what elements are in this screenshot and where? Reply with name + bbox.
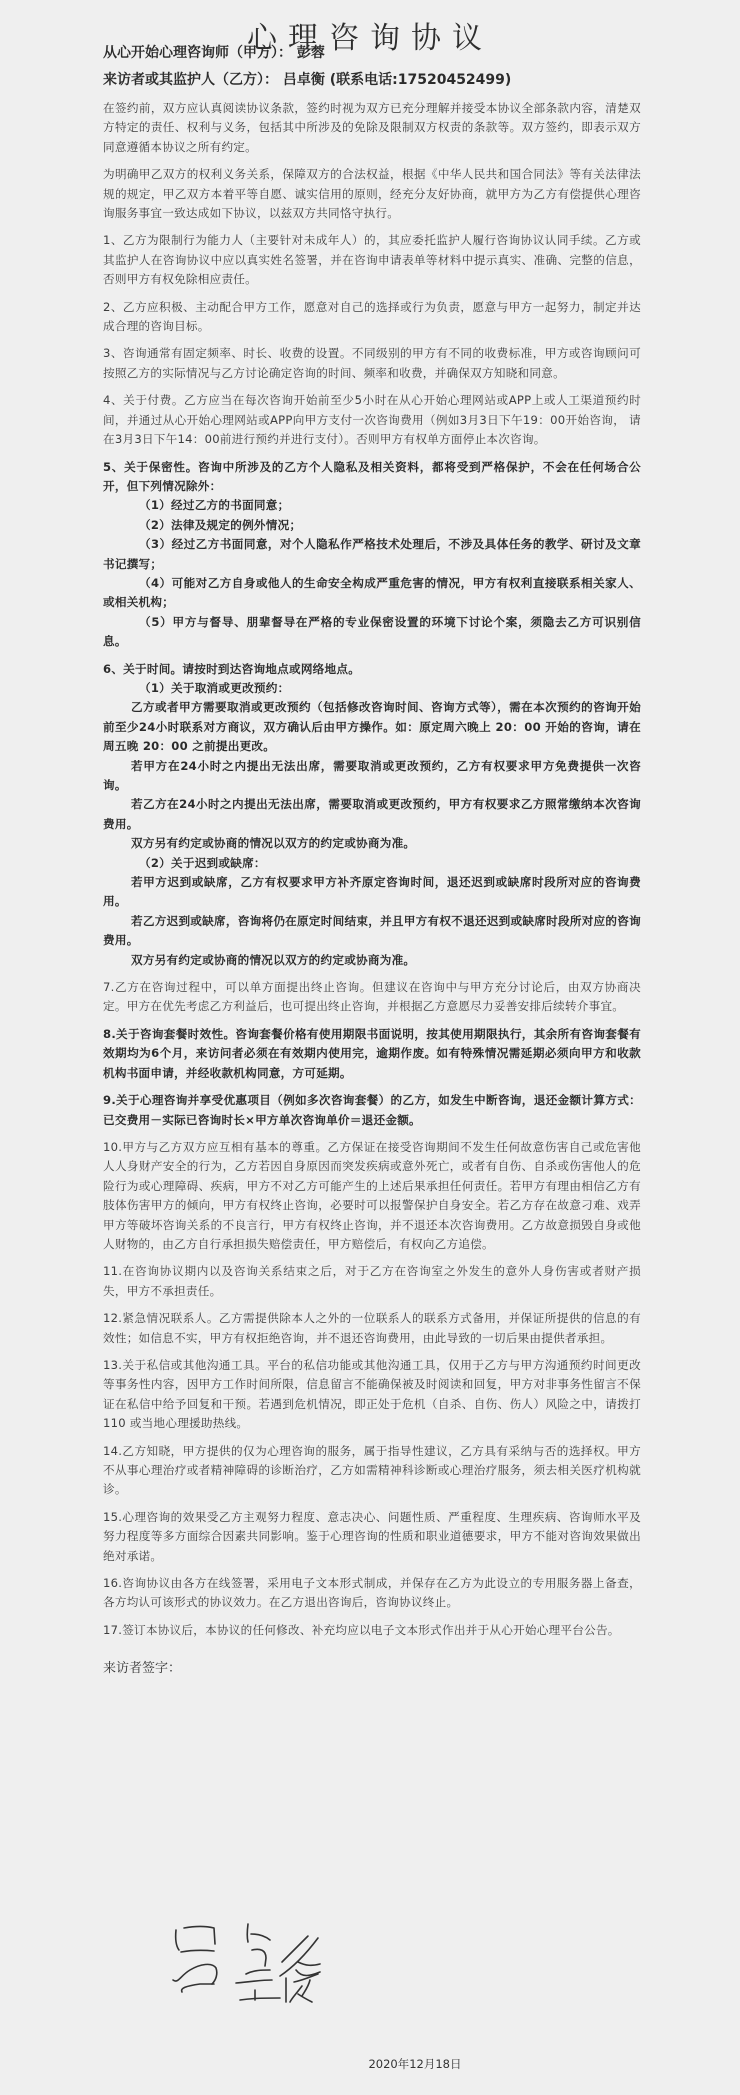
clause-8: 8.关于咨询套餐时效性。咨询套餐价格有使用期限书面说明，按其使用期限执行，其余所…	[103, 1025, 641, 1083]
party-b-line: 来访者或其监护人（乙方）： 吕卓衡 (联系电话:17520452499)	[103, 71, 641, 89]
clause-6-sub1-item-2: 若甲方在24小时之内提出无法出席，需要取消或更改预约，乙方有权要求甲方免费提供一…	[103, 757, 641, 796]
handwritten-signature	[170, 1918, 330, 2018]
signing-date: 2020年12月18日	[0, 2056, 740, 2072]
clause-14: 14.乙方知晓，甲方提供的仅为心理咨询的服务，属于指导性建议，乙方具有采纳与否的…	[103, 1442, 641, 1500]
signature-label: 来访者签字：	[103, 1660, 641, 1678]
preamble-paragraph-1: 在签约前，双方应认真阅读协议条款，签约时视为双方已充分理解并接受本协议全部条款内…	[103, 99, 641, 157]
clause-6-intro: 6、关于时间。请按时到达咨询地点或网络地点。	[103, 660, 641, 679]
clause-10: 10.甲方与乙方双方应互相有基本的尊重。乙方保证在接受咨询期间不发生任何故意伤害…	[103, 1138, 641, 1254]
clause-6-sub1-title: （1）关于取消或更改预约：	[103, 679, 641, 698]
clause-5-item-2: （2）法律及规定的例外情况；	[103, 516, 641, 535]
clause-11: 11.在咨询协议期内以及咨询关系结束之后，对于乙方在咨询室之外发生的意外人身伤害…	[103, 1262, 641, 1301]
document-body: 从心开始心理咨询师（甲方）： 彭蓉 来访者或其监护人（乙方）： 吕卓衡 (联系电…	[103, 42, 641, 1678]
clause-17: 17.签订本协议后，本协议的任何修改、补充均应以电子文本形式作出并于从心开始心理…	[103, 1621, 641, 1640]
clause-6-sub1-item-1: 乙方或者甲方需要取消或更改预约（包括修改咨询时间、咨询方式等），需在本次预约的咨…	[103, 698, 641, 756]
clause-6-sub2-item-1: 若甲方迟到或缺席，乙方有权要求甲方补齐原定咨询时间，退还迟到或缺席时段所对应的咨…	[103, 873, 641, 912]
clause-5-item-3: （3）经过乙方书面同意，对个人隐私作严格技术处理后，不涉及具体任务的教学、研讨及…	[103, 535, 641, 574]
clause-6-sub1-item-3: 若乙方在24小时之内提出无法出席，需要取消或更改预约，甲方有权要求乙方照常缴纳本…	[103, 795, 641, 834]
clause-5-confidentiality: 5、关于保密性。咨询中所涉及的乙方个人隐私及相关资料，都将受到严格保护，不会在任…	[103, 458, 641, 652]
clause-6-sub2-title: （2）关于迟到或缺席：	[103, 854, 641, 873]
clause-12: 12.紧急情况联系人。乙方需提供除本人之外的一位联系人的联系方式备用，并保证所提…	[103, 1309, 641, 1348]
clause-6-sub2-item-3: 双方另有约定或协商的情况以双方的约定或协商为准。	[103, 951, 641, 970]
clause-1: 1、乙方为限制行为能力人（主要针对未成年人）的，其应委托监护人履行咨询协议认同手…	[103, 231, 641, 289]
clause-5-item-1: （1）经过乙方的书面同意；	[103, 496, 641, 515]
clause-6-time: 6、关于时间。请按时到达咨询地点或网络地点。 （1）关于取消或更改预约： 乙方或…	[103, 660, 641, 971]
clause-6-sub2-item-2: 若乙方迟到或缺席，咨询将仍在原定时间结束，并且甲方有权不退还迟到或缺席时段所对应…	[103, 912, 641, 951]
clause-16: 16.咨询协议由各方在线签署，采用电子文本形式制成，并保存在乙方为此设立的专用服…	[103, 1574, 641, 1613]
clause-5-item-5: （5）甲方与督导、朋辈督导在严格的专业保密设置的环境下讨论个案，须隐去乙方可识别…	[103, 613, 641, 652]
preamble-paragraph-2: 为明确甲乙双方的权利义务关系，保障双方的合法权益，根据《中华人民共和国合同法》等…	[103, 165, 641, 223]
clause-5-item-4: （4）可能对乙方自身或他人的生命安全构成严重危害的情况，甲方有权利直接联系相关家…	[103, 574, 641, 613]
clause-13: 13.关于私信或其他沟通工具。平台的私信功能或其他沟通工具，仅用于乙方与甲方沟通…	[103, 1356, 641, 1434]
clause-2: 2、乙方应积极、主动配合甲方工作，愿意对自己的选择或行为负责，愿意与甲方一起努力…	[103, 298, 641, 337]
clause-6-sub1-item-4: 双方另有约定或协商的情况以双方的约定或协商为准。	[103, 834, 641, 853]
clause-5-intro: 5、关于保密性。咨询中所涉及的乙方个人隐私及相关资料，都将受到严格保护，不会在任…	[103, 458, 641, 497]
clause-7: 7.乙方在咨询过程中，可以单方面提出终止咨询。但建议在咨询中与甲方充分讨论后，由…	[103, 978, 641, 1017]
clause-4: 4、关于付费。乙方应当在每次咨询开始前至少5小时在从心开始心理网站或APP上或人…	[103, 391, 641, 449]
clause-3: 3、咨询通常有固定频率、时长、收费的设置。不同级别的甲方有不同的收费标准，甲方或…	[103, 344, 641, 383]
clause-15: 15.心理咨询的效果受乙方主观努力程度、意志决心、问题性质、严重程度、生理疾病、…	[103, 1508, 641, 1566]
party-a-line: 从心开始心理咨询师（甲方）： 彭蓉	[103, 44, 641, 62]
clause-9: 9.关于心理咨询并享受优惠项目（例如多次咨询套餐）的乙方，如发生中断咨询，退还金…	[103, 1091, 641, 1130]
agreement-page: 心理咨询协议 从心开始心理咨询师（甲方）： 彭蓉 来访者或其监护人（乙方）： 吕…	[0, 0, 740, 2095]
